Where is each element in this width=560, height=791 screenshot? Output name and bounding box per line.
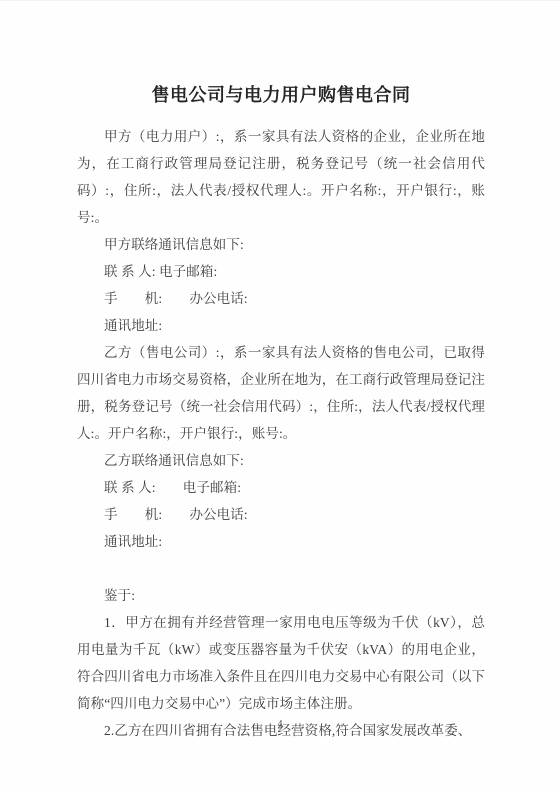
party-a-phone-line: 手 机: 办公电话: (77, 285, 485, 312)
party-a-intro-paragraph: 甲方（电力用户）:，系一家具有法人资格的企业，企业所在地为，在工商行政管理局登记… (77, 123, 485, 231)
contract-document-page: 售电公司与电力用户购售电合同 甲方（电力用户）:，系一家具有法人资格的企业，企业… (0, 0, 560, 791)
document-content: 售电公司与电力用户购售电合同 甲方（电力用户）:，系一家具有法人资格的企业，企业… (77, 82, 485, 744)
party-b-address-line: 通讯地址: (77, 528, 485, 555)
party-b-intro-paragraph: 乙方（售电公司）:，系一家具有法人资格的售电公司，已取得四川省电力市场交易资格，… (77, 339, 485, 447)
document-title: 售电公司与电力用户购售电合同 (77, 82, 485, 109)
party-a-contact-header: 甲方联络通讯信息如下: (77, 231, 485, 258)
whereas-clause-1: 1．甲方在拥有并经营管理一家用电电压等级为千伏（kV），总用电量为千瓦（kW）或… (77, 609, 485, 717)
party-b-contact-header: 乙方联络通讯信息如下: (77, 447, 485, 474)
party-b-contact-person-line: 联 系 人: 电子邮箱: (77, 474, 485, 501)
whereas-header: 鉴于: (77, 582, 485, 609)
party-a-contact-person-line: 联 系 人: 电子邮箱: (77, 258, 485, 285)
page-number: 4 (0, 718, 560, 732)
party-a-address-line: 通讯地址: (77, 312, 485, 339)
party-b-phone-line: 手 机: 办公电话: (77, 501, 485, 528)
